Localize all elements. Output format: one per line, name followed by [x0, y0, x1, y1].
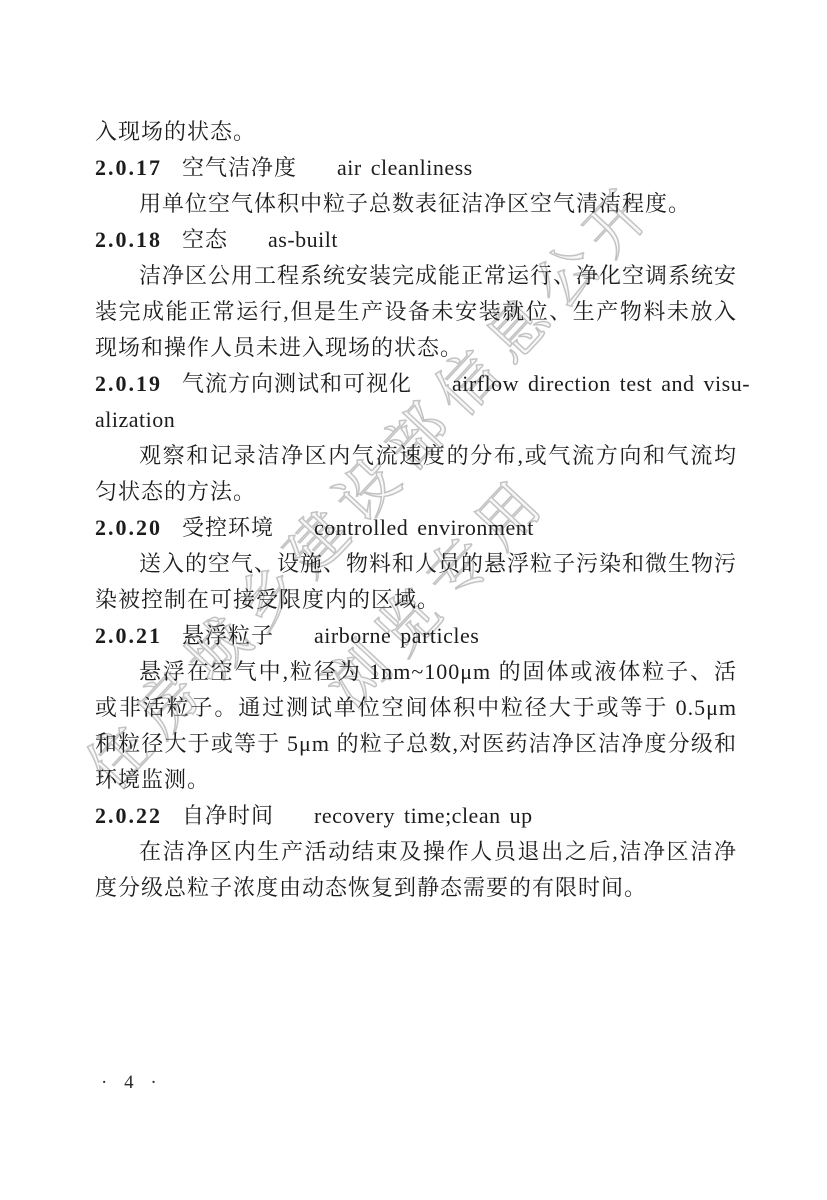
page-number: · 4 ·: [101, 1072, 163, 1094]
term-section: 2.0.21悬浮粒子airborne particles 悬浮在空气中,粒径为 …: [95, 618, 737, 798]
section-heading: 2.0.20受控环境controlled environment: [95, 510, 737, 546]
section-heading: 2.0.19气流方向测试和可视化airflow direction test a…: [95, 366, 737, 402]
section-number: 2.0.21: [95, 623, 162, 648]
section-english-continuation: alization: [95, 402, 737, 438]
section-number: 2.0.22: [95, 803, 162, 828]
section-definition: 观察和记录洁净区内气流速度的分布,或气流方向和气流均匀状态的方法。: [95, 438, 737, 510]
section-number: 2.0.17: [95, 155, 162, 180]
section-definition: 送入的空气、设施、物料和人员的悬浮粒子污染和微生物污染被控制在可接受限度内的区域…: [95, 546, 737, 618]
term-section: 2.0.18空态as-built 洁净区公用工程系统安装完成能正常运行、净化空调…: [95, 222, 737, 366]
section-heading: 2.0.18空态as-built: [95, 222, 737, 258]
term-section: 2.0.17空气洁净度air cleanliness 用单位空气体积中粒子总数表…: [95, 150, 737, 222]
section-term: 受控环境: [182, 515, 274, 540]
leading-paragraph: 入现场的状态。: [95, 114, 737, 150]
section-definition: 在洁净区内生产活动结束及操作人员退出之后,洁净区洁净度分级总粒子浓度由动态恢复到…: [95, 834, 737, 906]
term-section: 2.0.20受控环境controlled environment 送入的空气、设…: [95, 510, 737, 618]
section-heading: 2.0.17空气洁净度air cleanliness: [95, 150, 737, 186]
section-number: 2.0.19: [95, 371, 162, 396]
document-body: 入现场的状态。 2.0.17空气洁净度air cleanliness 用单位空气…: [95, 114, 737, 906]
section-english-term: recovery time;clean up: [314, 803, 533, 828]
section-term: 气流方向测试和可视化: [182, 371, 412, 396]
section-heading: 2.0.21悬浮粒子airborne particles: [95, 618, 737, 654]
term-section: 2.0.22自净时间recovery time;clean up 在洁净区内生产…: [95, 798, 737, 906]
section-english-term: controlled environment: [314, 515, 534, 540]
section-term: 悬浮粒子: [182, 623, 274, 648]
section-english-term: airflow direction test and visu-: [452, 371, 750, 396]
section-english-term: airborne particles: [314, 623, 479, 648]
section-definition: 用单位空气体积中粒子总数表征洁净区空气清洁程度。: [95, 186, 737, 222]
section-term: 自净时间: [182, 803, 274, 828]
section-term: 空态: [182, 227, 228, 252]
section-english-term: air cleanliness: [337, 155, 473, 180]
document-page: { "page": { "page_number": "· 4 ·", "wat…: [0, 0, 827, 1200]
section-definition: 洁净区公用工程系统安装完成能正常运行、净化空调系统安装完成能正常运行,但是生产设…: [95, 258, 737, 366]
term-section: 2.0.19气流方向测试和可视化airflow direction test a…: [95, 366, 737, 510]
section-english-term: as-built: [268, 227, 338, 252]
section-definition: 悬浮在空气中,粒径为 1nm~100μm 的固体或液体粒子、活或非活粒子。通过测…: [95, 654, 737, 798]
section-term: 空气洁净度: [182, 155, 297, 180]
section-heading: 2.0.22自净时间recovery time;clean up: [95, 798, 737, 834]
section-number: 2.0.20: [95, 515, 162, 540]
section-number: 2.0.18: [95, 227, 162, 252]
